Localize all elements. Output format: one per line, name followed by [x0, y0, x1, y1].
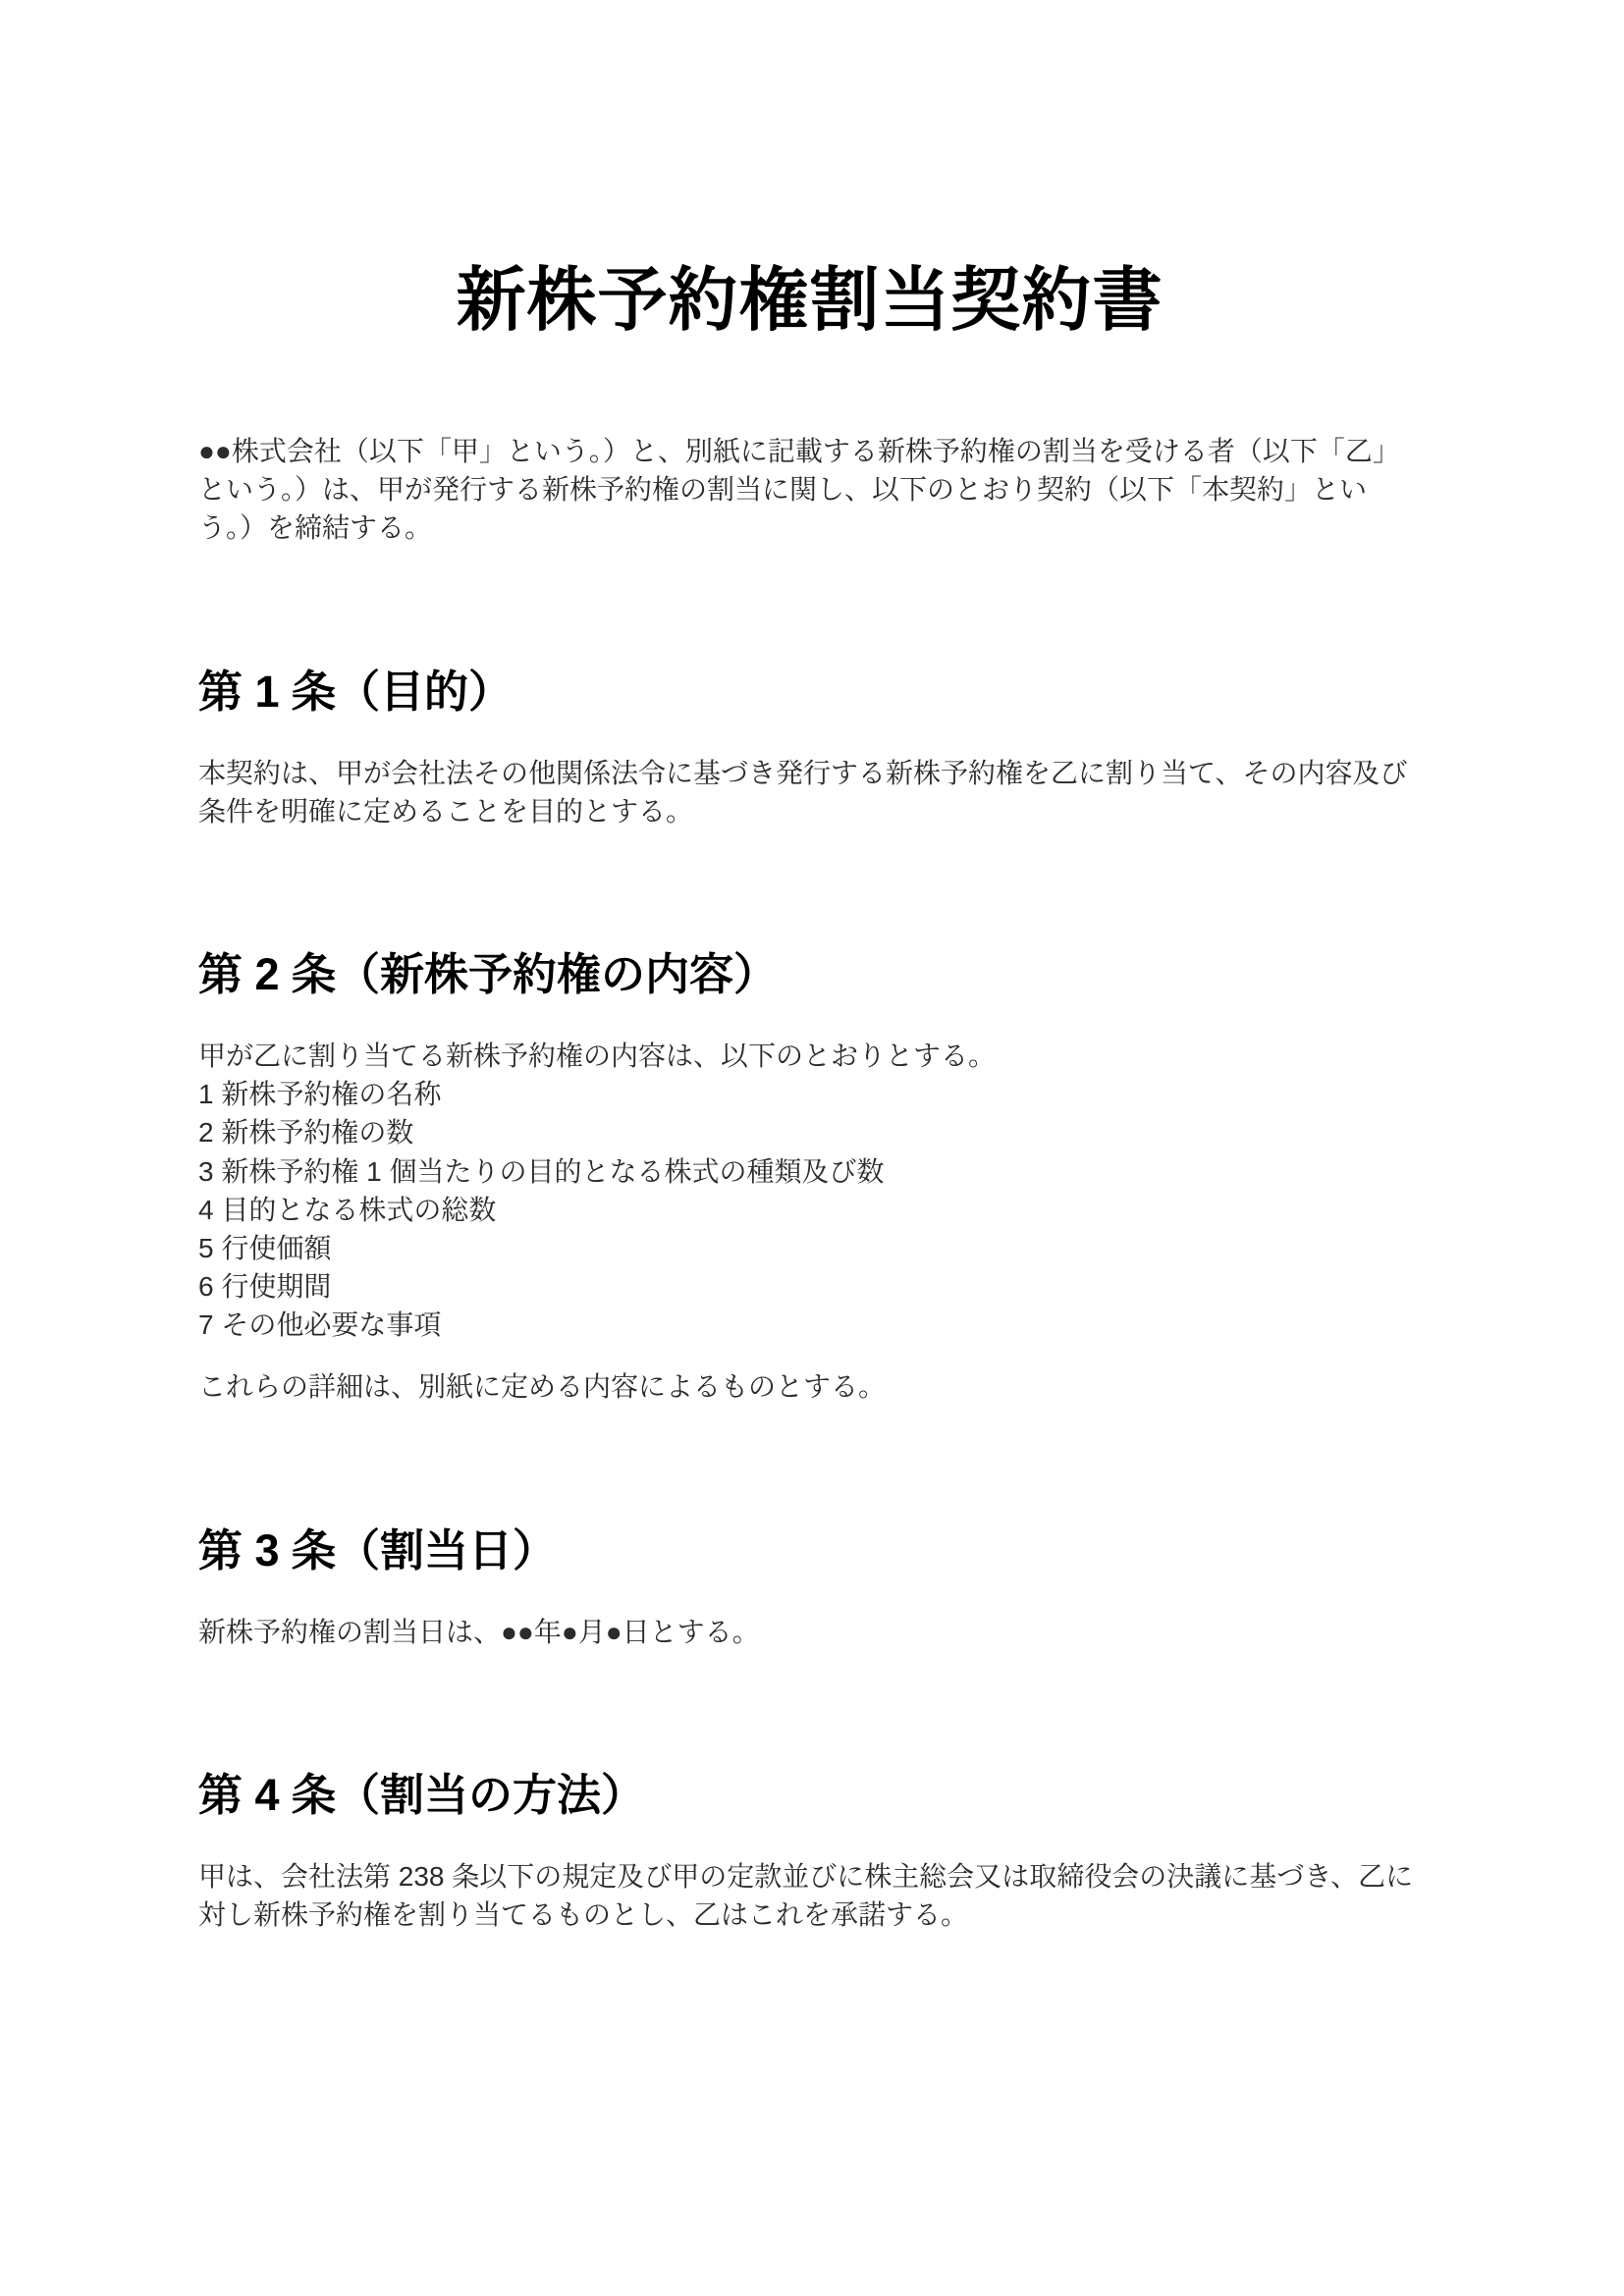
article-4-heading: 第 4 条（割当の方法） [198, 1769, 1421, 1822]
article-2-body: 甲が乙に割り当てる新株予約権の内容は、以下のとおりとする。 1 新株予約権の名称… [198, 1037, 1421, 1345]
section-article-1: 第 1 条（目的） 本契約は、甲が会社法その他関係法令に基づき発行する新株予約権… [198, 666, 1421, 830]
preamble-paragraph: ●●株式会社（以下「甲」という。）と、別紙に記載する新株予約権の割当を受ける者（… [198, 432, 1421, 548]
list-item-3: 3 新株予約権 1 個当たりの目的となる株式の種類及び数 [198, 1152, 1421, 1191]
article-2-heading: 第 2 条（新株予約権の内容） [198, 948, 1421, 1001]
article-1-heading: 第 1 条（目的） [198, 666, 1421, 719]
list-item-7: 7 その他必要な事項 [198, 1306, 1421, 1344]
list-item-2: 2 新株予約権の数 [198, 1113, 1421, 1151]
document-title: 新株予約権割当契約書 [198, 266, 1421, 336]
article-1-body: 本契約は、甲が会社法その他関係法令に基づき発行する新株予約権を乙に割り当て、その… [198, 754, 1421, 830]
section-article-2: 第 2 条（新株予約権の内容） 甲が乙に割り当てる新株予約権の内容は、以下のとお… [198, 948, 1421, 1407]
list-item-4: 4 目的となる株式の総数 [198, 1191, 1421, 1229]
article-3-body: 新株予約権の割当日は、●●年●月●日とする。 [198, 1613, 1421, 1651]
section-article-4: 第 4 条（割当の方法） 甲は、会社法第 238 条以下の規定及び甲の定款並びに… [198, 1769, 1421, 1934]
contract-document-page: 新株予約権割当契約書 ●●株式会社（以下「甲」という。）と、別紙に記載する新株予… [0, 0, 1624, 2296]
section-article-3: 第 3 条（割当日） 新株予約権の割当日は、●●年●月●日とする。 [198, 1524, 1421, 1651]
list-item-1: 1 新株予約権の名称 [198, 1075, 1421, 1113]
article-2-intro-line: 甲が乙に割り当てる新株予約権の内容は、以下のとおりとする。 [198, 1037, 1421, 1075]
list-item-6: 6 行使期間 [198, 1267, 1421, 1306]
article-4-body: 甲は、会社法第 238 条以下の規定及び甲の定款並びに株主総会又は取締役会の決議… [198, 1857, 1421, 1934]
list-item-5: 5 行使価額 [198, 1229, 1421, 1267]
article-3-heading: 第 3 条（割当日） [198, 1524, 1421, 1577]
article-2-outro: これらの詳細は、別紙に定める内容によるものとする。 [198, 1367, 1421, 1406]
